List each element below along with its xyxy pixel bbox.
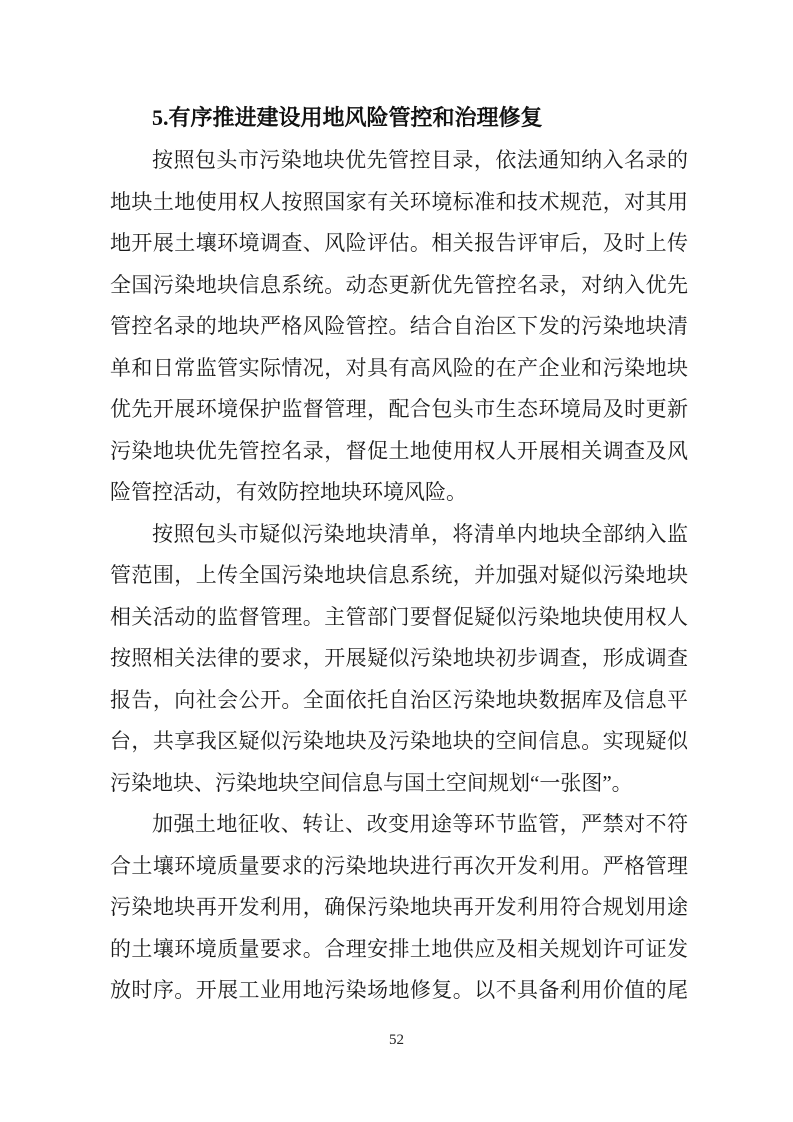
section-heading: 5.有序推进建设用地风险管控和治理修复 xyxy=(110,96,688,140)
paragraph-3-line: 污染地块再开发利用，确保污染地块再开发利用符合规划用途 xyxy=(110,887,688,929)
paragraph-3-line: 的土壤环境质量要求。合理安排土地供应及相关规划许可证发 xyxy=(110,929,688,971)
paragraph-2-line: 污染地块、污染地块空间信息与国土空间规划“一张图”。 xyxy=(110,763,688,805)
paragraph-1-line: 按照包头市污染地块优先管控目录，依法通知纳入名录的 xyxy=(110,140,688,182)
paragraph-3-line: 放时序。开展工业用地污染场地修复。以不具备利用价值的尾 xyxy=(110,970,688,1012)
paragraph-1-line: 地块土地使用权人按照国家有关环境标准和技术规范，对其用 xyxy=(110,182,688,224)
paragraph-1-line: 险管控活动，有效防控地块环境风险。 xyxy=(110,472,688,514)
paragraph-2-line: 报告，向社会公开。全面依托自治区污染地块数据库及信息平 xyxy=(110,680,688,722)
paragraph-1-line: 污染地块优先管控名录，督促土地使用权人开展相关调查及风 xyxy=(110,431,688,473)
paragraph-1-line: 优先开展环境保护监督管理，配合包头市生态环境局及时更新 xyxy=(110,389,688,431)
paragraph-3-line: 加强土地征收、转让、改变用途等环节监管，严禁对不符 xyxy=(110,804,688,846)
paragraph-2-line: 按照包头市疑似污染地块清单，将清单内地块全部纳入监 xyxy=(110,514,688,556)
document-page: 5.有序推进建设用地风险管控和治理修复 按照包头市污染地块优先管控目录，依法通知… xyxy=(0,0,793,1122)
paragraph-1-line: 地开展土壤环境调查、风险评估。相关报告评审后，及时上传 xyxy=(110,223,688,265)
paragraph-3-line: 合土壤环境质量要求的污染地块进行再次开发利用。严格管理 xyxy=(110,846,688,888)
paragraph-1-line: 单和日常监管实际情况，对具有高风险的在产企业和污染地块 xyxy=(110,348,688,390)
paragraph-2-line: 按照相关法律的要求，开展疑似污染地块初步调查，形成调查 xyxy=(110,638,688,680)
paragraph-2-line: 台，共享我区疑似污染地块及污染地块的空间信息。实现疑似 xyxy=(110,721,688,763)
page-content: 5.有序推进建设用地风险管控和治理修复 按照包头市污染地块优先管控目录，依法通知… xyxy=(110,96,688,1012)
page-number: 52 xyxy=(0,1028,793,1052)
paragraph-2-line: 管范围，上传全国污染地块信息系统，并加强对疑似污染地块 xyxy=(110,555,688,597)
paragraph-1-line: 全国污染地块信息系统。动态更新优先管控名录，对纳入优先 xyxy=(110,265,688,307)
paragraph-1-line: 管控名录的地块严格风险管控。结合自治区下发的污染地块清 xyxy=(110,306,688,348)
paragraph-2-line: 相关活动的监督管理。主管部门要督促疑似污染地块使用权人 xyxy=(110,597,688,639)
